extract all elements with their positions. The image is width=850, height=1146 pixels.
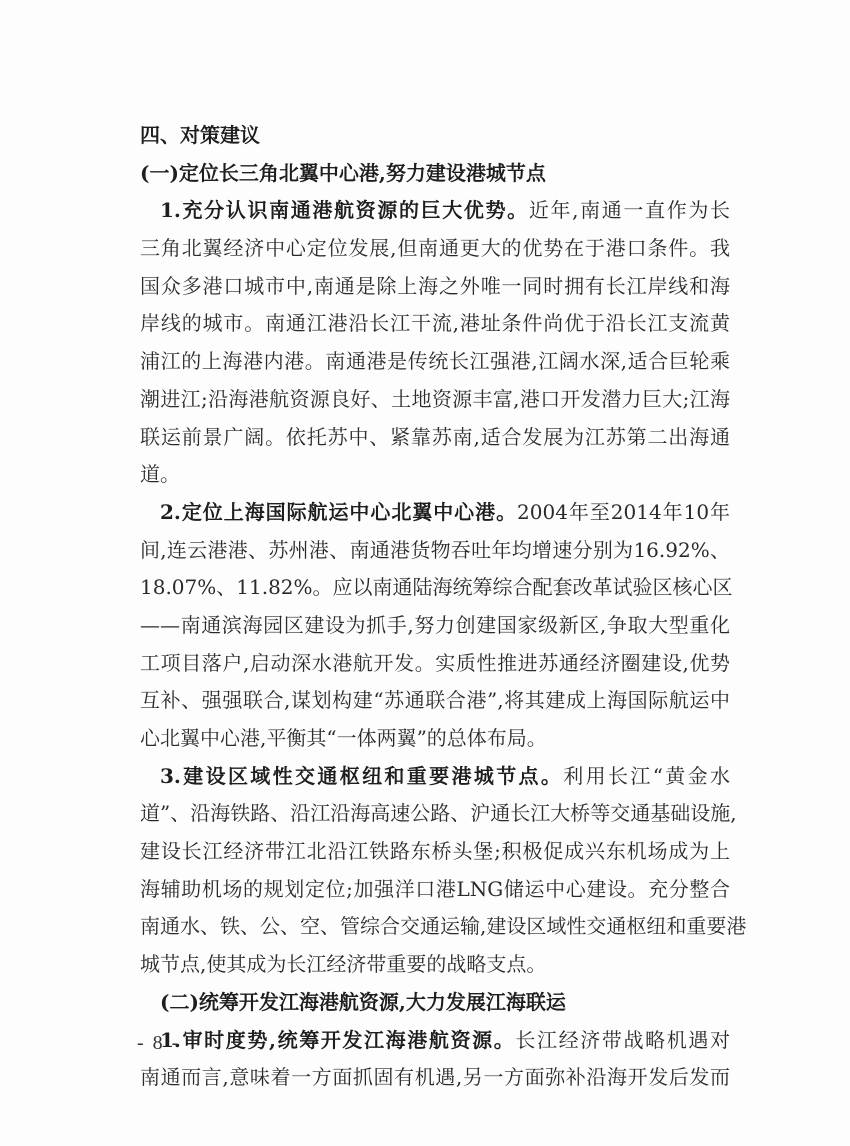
paragraph-2-line: 间,连云港港、苏州港、南通港货物吞吐年均增速分别为16.92%、 [140,532,730,570]
paragraph-1-line: 道。 [140,456,730,494]
paragraph-3-line: 南通水、铁、公、空、管综合交通运输,建设区域性交通枢纽和重要港 [140,908,730,946]
paragraph-4-line-1: 1.审时度势,统筹开发江海港航资源。长江经济带战略机遇对 [140,1022,730,1060]
paragraph-2-line-1: 2.定位上海国际航运中心北翼中心港。2004年至2014年10年 [140,494,730,532]
document-body: 四、对策建议 (一)定位长三角北翼中心港,努力建设港城节点 1.充分认识南通港航… [140,117,730,1097]
paragraph-3-line: 海辅助机场的规划定位;加强洋口港LNG储运中心建设。充分整合 [140,871,730,909]
paragraph-4-text: 长江经济带战略机遇对 [515,1028,730,1052]
paragraph-1-line: 国众多港口城市中,南通是除上海之外唯一同时拥有长江岸线和海 [140,268,730,306]
paragraph-3-line: 道”、沿海铁路、沿江沿海高速公路、沪通长江大桥等交通基础设施, [140,795,730,833]
paragraph-1-line: 潮进江;沿海港航资源良好、土地资源丰富,港口开发潜力巨大;江海 [140,381,730,419]
subsection-heading-2: (二)统筹开发江海港航资源,大力发展江海联运 [140,984,730,1022]
paragraph-4-title: 1.审时度势,统筹开发江海港航资源。 [160,1028,515,1052]
paragraph-2-line: 工项目落户,启动深水港航开发。实质性推进苏通经济圈建设,优势 [140,645,730,683]
paragraph-1-title: 1.充分认识南通港航资源的巨大优势。 [160,198,529,222]
paragraph-2-title: 2.定位上海国际航运中心北翼中心港。 [160,500,517,524]
section-heading: 四、对策建议 [140,117,730,155]
paragraph-1-line: 浦江的上海港内港。南通港是传统长江强港,江阔水深,适合巨轮乘 [140,343,730,381]
paragraph-1-text: 近年,南通一直作为长 [529,198,730,222]
paragraph-4-line: 南通而言,意味着一方面抓固有机遇,另一方面弥补沿海开发后发而 [140,1059,730,1097]
paragraph-2-text: 2004年至2014年10年 [517,500,730,524]
paragraph-3-title: 3.建设区域性交通枢纽和重要港城节点。 [160,764,563,788]
paragraph-2-line: 18.07%、11.82%。应以南通陆海统筹综合配套改革试验区核心区 [140,569,730,607]
paragraph-3-line: 城节点,使其成为长江经济带重要的战略支点。 [140,946,730,984]
paragraph-1-line-1: 1.充分认识南通港航资源的巨大优势。近年,南通一直作为长 [140,192,730,230]
paragraph-3-line: 建设长江经济带江北沿江铁路东桥头堡;积极促成兴东机场成为上 [140,833,730,871]
paragraph-1-line: 三角北翼经济中心定位发展,但南通更大的优势在于港口条件。我 [140,230,730,268]
paragraph-1-line: 联运前景广阔。依托苏中、紧靠苏南,适合发展为江苏第二出海通 [140,419,730,457]
paragraph-2-line: ——南通滨海园区建设为抓手,努力创建国家级新区,争取大型重化 [140,607,730,645]
paragraph-2-line: 心北翼中心港,平衡其“一体两翼”的总体布局。 [140,720,730,758]
paragraph-1-line: 岸线的城市。南通江港沿长江干流,港址条件尚优于沿长江支流黄 [140,305,730,343]
paragraph-2-line: 互补、强强联合,谋划构建“苏通联合港”,将其建成上海国际航运中 [140,682,730,720]
page-number: - 8 - [137,1032,180,1055]
paragraph-3-line-1: 3.建设区域性交通枢纽和重要港城节点。利用长江“黄金水 [140,758,730,796]
document-page: 四、对策建议 (一)定位长三角北翼中心港,努力建设港城节点 1.充分认识南通港航… [0,0,850,1146]
subsection-heading-1: (一)定位长三角北翼中心港,努力建设港城节点 [140,155,730,193]
paragraph-3-text: 利用长江“黄金水 [563,764,730,788]
